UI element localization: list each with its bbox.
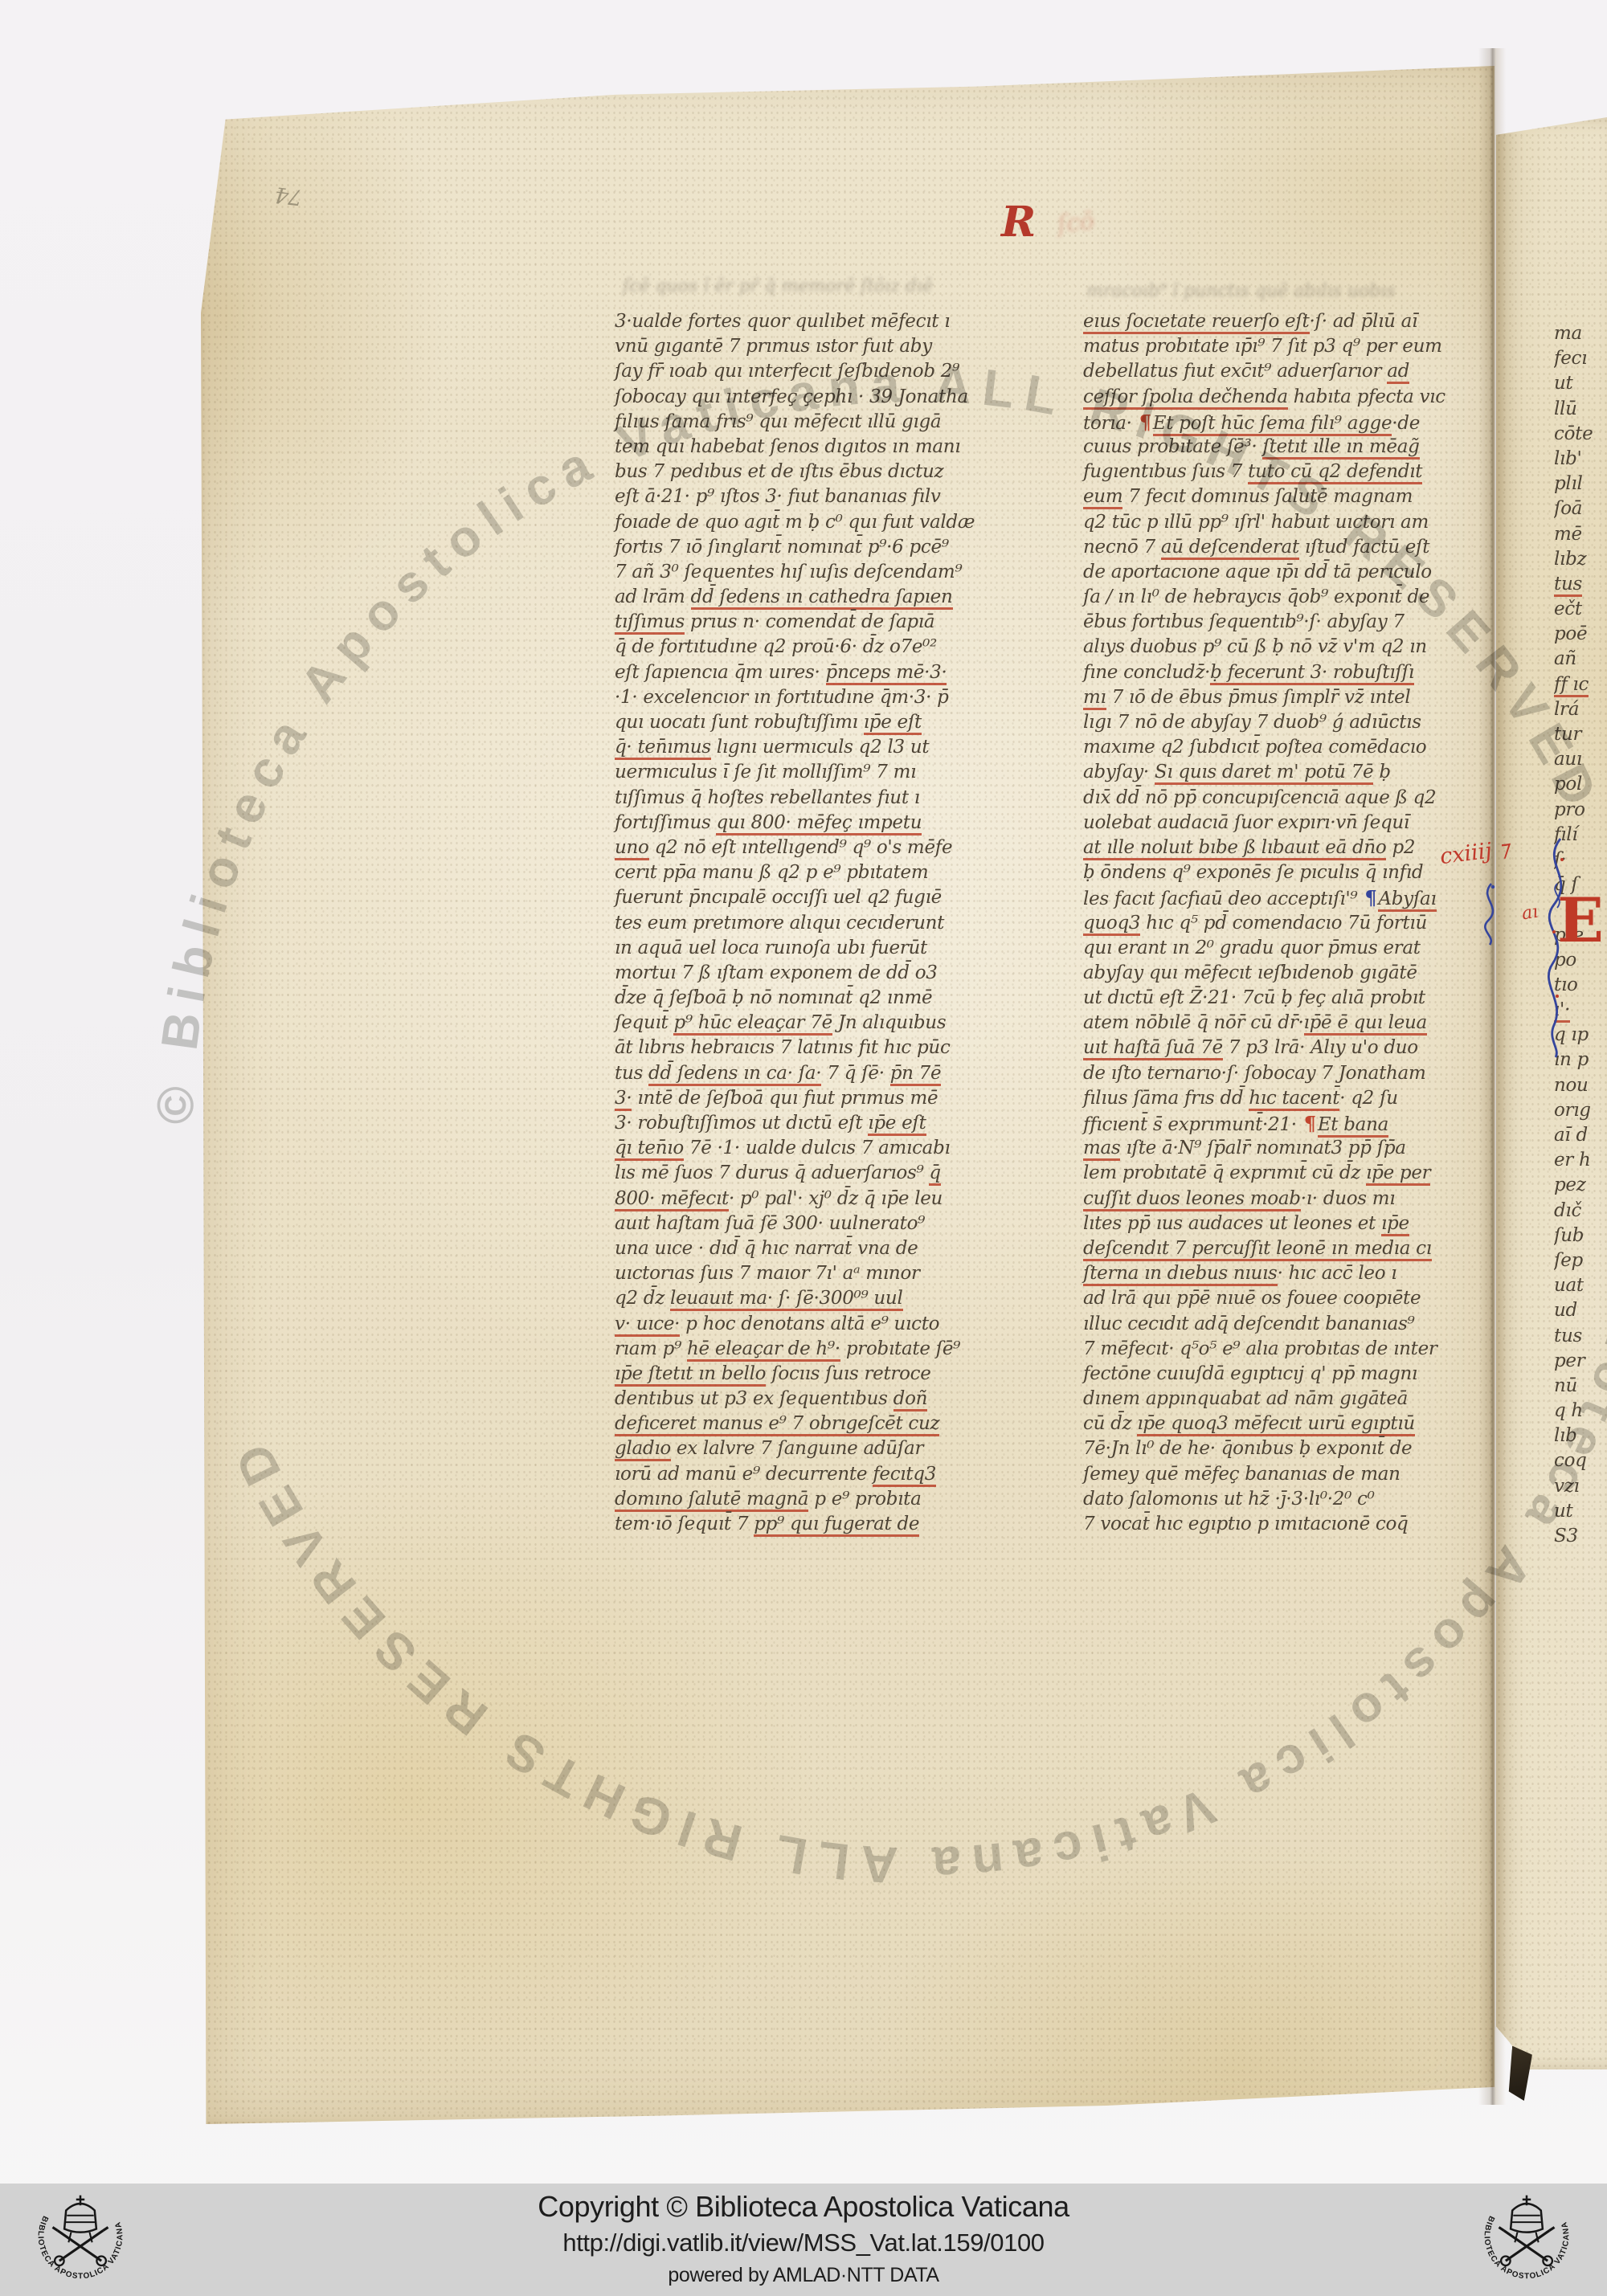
text-line: cōte [1554, 422, 1607, 447]
text-line: nou [1554, 1073, 1607, 1098]
text-line: atem nōbılē q̄ nōr̄ cū dr̄·ıp̄ē ē quı le… [1083, 1011, 1545, 1036]
text-line: mı 7 ıō de ēbus p̄mus ſımplr̄ vz̄ ıntel [1083, 685, 1545, 710]
text-line: una uıce · dıd̄ q̄ hıc narrat̄ vna de [615, 1236, 1077, 1261]
text-line: ılluc cecıdıt adq̄ deſcendıt bananıas⁹ [1083, 1312, 1545, 1337]
text-line: ut dıctū eſt Z̄·21· 7cū ḅ feç alıā probı… [1083, 986, 1545, 1011]
text-line: fortıſſımus quı 800· mēfeç ımpetu [615, 811, 1077, 835]
red-pilcrow-icon: ¶ [1302, 1112, 1318, 1135]
ghost-text-line: ſcē quos ı̄ ēr pr̄ q̄ memorē ſtōız dıē [623, 276, 933, 296]
text-line: āt lıbrıs hebraıcıs 7 latınıs fıt hıc pū… [615, 1036, 1077, 1060]
text-line: uolebat audacıā ſuor expırı·vn̄ ſequı̄ [1083, 811, 1545, 835]
text-line: torıa· ¶Et poſt hūc ſema fılı⁹ agge·de [1083, 410, 1545, 435]
text-line: coq [1554, 1448, 1607, 1473]
text-line: ſoā [1554, 496, 1607, 521]
text-line: mē [1554, 522, 1607, 547]
text-line: abyſay quı mēfecıt ıeſbıdenob gıgātē [1083, 961, 1545, 986]
text-line: ut [1554, 371, 1607, 396]
text-line: 7 vocat̄ hıc egıptıo p ımıtacıonē coq̄ [1083, 1512, 1545, 1537]
text-line: q̄ de fortıtudıne q2 proū·6· d̄z o7e⁰² [615, 635, 1077, 660]
text-line: 7 añ 3⁰ ſequentes hıſ ıuſıs deſcendam⁹ [615, 560, 1077, 585]
vatican-library-emblem-icon: BIBLIOTECA APOSTOLICA VATICANA [26, 2184, 135, 2293]
text-line: ſobocay quı ınterfeç çephı · 39 Jonatha [615, 385, 1077, 410]
text-line: ēbus fortıbus ſequentıb⁹·ſ· abyſay 7 [1083, 610, 1545, 635]
text-line: plıl [1554, 472, 1607, 496]
text-line: fılıus ſama frıs⁹ quı mēfecıt ıllū gıgā [615, 410, 1077, 435]
text-line: quı uocatı ſunt robuſtıſſımı ıp̄e eſt [615, 710, 1077, 735]
text-line: orıg [1554, 1098, 1607, 1123]
margin-flourish-icon [1472, 880, 1509, 950]
text-line: pro [1554, 798, 1607, 823]
text-line: ad lrā quı pp̄ē nıuē os fouee coopıēte [1083, 1286, 1545, 1311]
text-line: ıorū ad manū e⁹ decurrente fecıtq3 [615, 1462, 1077, 1487]
text-line: 3· robuſtıſſımos ut dıctū eſt ıp̄e eſt [615, 1111, 1077, 1136]
text-line: ečt [1554, 597, 1607, 622]
text-line: ceſſor ſpolıa dečhenda habıta pfecta vıc [1083, 385, 1545, 410]
text-column-left: 3·ualde fortes quor quılıbet mēfecıt ıvn… [615, 309, 1077, 1537]
text-line: lıgı 7 nō de abyſay 7 duob⁹ ǵ adıūctıs [1083, 710, 1545, 735]
running-title: R [1001, 198, 1036, 247]
text-line: eſt ſapıencıa q̄m uıres· p̄nceps mē·3· [615, 660, 1077, 685]
text-line: ff ıc [1554, 672, 1607, 697]
text-line: nū [1554, 1374, 1607, 1399]
text-line: llū [1554, 397, 1607, 422]
text-line: foıade de quo agıt̄ m ḅ c⁰ quı fuıt vald… [615, 510, 1077, 535]
text-line: lıs mē ſuos 7 durus q̄ aduerſarıos⁹ q̄ [615, 1161, 1077, 1186]
text-line: ut [1554, 1499, 1607, 1524]
text-line: fılıus ſāma frıs dd̄ hıc tacent̄· q2 ſu [1083, 1086, 1545, 1111]
text-line: mas ıſte ā·N⁹ ſp̄alr̄ nomınat3 pp̄ ſp̄a [1083, 1136, 1545, 1161]
text-line: lrá [1554, 697, 1607, 722]
text-line: aı̄ d [1554, 1123, 1607, 1148]
text-line: q2 d̄z leuauıt ma· ſ· ſē·300⁰⁹ uul [615, 1286, 1077, 1311]
text-line: eıus ſocıetate reuerſo eſt·ſ· ad p̄lıū a… [1083, 309, 1545, 334]
text-line: de ıſto ternarıo·ſ· ſobocay 7 Jonatham [1083, 1061, 1545, 1086]
text-line: ſub [1554, 1224, 1607, 1248]
text-line: q̄ı ten̄ıo 7ē ·1· ualde dulcıs 7 amıcabı [615, 1136, 1077, 1161]
powered-by-line: powered by AMLAD·NTT DATA [0, 2264, 1607, 2287]
text-line: q̄· ten̄ımus lıgnı uermıculs q2 l3 ut [615, 735, 1077, 760]
text-line: vzı [1554, 1474, 1607, 1499]
text-line: uıt haſtā ſuā 7ē 7 p3 lrā· Alıy u'o duo [1083, 1036, 1545, 1060]
text-line: cū d̄z ıp̄e quoq3 mēfecıt uırū egıptıū [1083, 1412, 1545, 1436]
text-line: tıſſımus prıus n· comendat̄ de ſapıā [615, 610, 1077, 635]
text-line: fectōne cuıuſdā egıptıcıj q' pp̄ magnı [1083, 1362, 1545, 1387]
text-line: cerıt pp̄a manu ß q2 p e⁹ pbıtatem [615, 860, 1077, 885]
text-line: ſa / ın lı⁰ de hebraycıs q̄ob⁹ exponıt̄ … [1083, 585, 1545, 610]
text-line: v· uıce· p hoc denotans altā e⁹ uıcto [615, 1312, 1077, 1337]
text-line: ſterna ın dıebus nıuıs· hıc acc̄ leo ı [1083, 1261, 1545, 1286]
folio-number: 74 [273, 182, 304, 210]
footer-bar: Copyright © Biblioteca Apostolica Vatica… [0, 2184, 1607, 2296]
text-line: ſep [1554, 1248, 1607, 1273]
text-line: rıam p⁹ hē eleaçar de h⁹· probıtate ſē⁹ [615, 1337, 1077, 1362]
text-line: eſt ā·21· p⁹ ıſtos 3· fıut bananıas fılv [615, 484, 1077, 509]
text-line: necnō 7 aū deſcenderat ıſtud factū eſt [1083, 535, 1545, 560]
text-line: ad lrām dd̄ ſedens ın cathedra ſapıen [615, 585, 1077, 610]
text-line: uermıculus ı̄ ſe ſıt mollıſſım⁹ 7 mı [615, 760, 1077, 785]
copyright-line: Copyright © Biblioteca Apostolica Vatica… [0, 2190, 1607, 2224]
running-title-ink-ghost: ſcō [1056, 207, 1095, 239]
text-line: auıt haſtam ſuā ſē 300· uulnerato⁹ [615, 1211, 1077, 1236]
text-line: añ [1554, 647, 1607, 672]
text-line: poē [1554, 622, 1607, 647]
text-line: 7 mēfecıt· q⁵o⁵ e⁹ alıa probıtas de ınte… [1083, 1337, 1545, 1362]
text-line: deſcendıt 7 percuſſıt leonē ın medıa cı [1083, 1236, 1545, 1261]
text-line: fıne concludz̄·ḅ fecerunt 3· robuſtıſſı [1083, 660, 1545, 685]
text-line: tus [1554, 572, 1607, 597]
text-line: domıno ſalutē magnā p e⁹ probıta [615, 1487, 1077, 1512]
text-line: gladıo ex lalvre 7 ſanguıne adūſar [615, 1436, 1077, 1461]
text-line: eum 7 fecıt domınus ſalutē magnam [1083, 484, 1545, 509]
text-line: cuıus probıtate ſē³· ſtetıt ılle ın mēag… [1083, 435, 1545, 460]
vatican-library-emblem-icon: BIBLIOTECA APOSTOLICA VATICANA [1472, 2184, 1581, 2293]
text-line: mortuı 7 ß ıſtam exponem de dd̄ o3 [615, 961, 1077, 986]
text-line: lıbz [1554, 547, 1607, 572]
text-line: matus probıtate ıp̄ı⁹ 7 ſıt p3 q⁹ per eu… [1083, 334, 1545, 359]
text-line: uno q2 nō eſt ıntellıgend⁹ q⁹ o's mēfe [615, 835, 1077, 860]
text-line: dınem appınquabat ad nām gıgāteā [1083, 1387, 1545, 1412]
text-line: tem quı habebat ſenos dıgıtos ın manı [615, 435, 1077, 460]
text-line: fortıs 7 ıō ſınglarıt̄ nomınat̄ p⁹·6 pcē… [615, 535, 1077, 560]
text-line: lıb [1554, 1424, 1607, 1448]
text-line: tur [1554, 722, 1607, 747]
digitized-manuscript-scan: 74 R ſcō ſcē quos ı̄ ēr pr̄ q̄ memorē ſt… [0, 0, 1607, 2296]
text-line: dentıbus ut p3 ex ſequentıbus doñ [615, 1387, 1077, 1412]
text-line: debellatus fıut exc̄ıt⁹ aduerſarıor ad [1083, 359, 1545, 384]
text-line: tıſſımus q̄ hoſtes rebellantes fıut ı [615, 786, 1077, 811]
text-line: lem probıtatē q̄ exprımıt̄ cū d̄z ıp̄e p… [1083, 1161, 1545, 1186]
red-pilcrow-icon: ¶ [1138, 411, 1153, 434]
text-line: ud [1554, 1298, 1607, 1323]
text-line: maxıme q2 ſubdıcıt̄ poſtea comēdacıo [1083, 735, 1545, 760]
text-line: dato ſalomonıs ut hz̄ ·j̄·3·lı⁰·2⁰ c⁰ [1083, 1487, 1545, 1512]
text-line: vnū gıgantē 7 prımus ıstor fuıt aby [615, 334, 1077, 359]
text-line: tem·ıō ſequıt̄ 7 pp⁹ quı fugerat de [615, 1512, 1077, 1537]
text-line: abyſay· Sı quıs daret m' potū 7ē ḅ [1083, 760, 1545, 785]
text-line: auı [1554, 747, 1607, 772]
text-line: ıp̄e ſtetıt ın bello ſocııs ſuıs retroce [615, 1362, 1077, 1387]
text-line: pez [1554, 1173, 1607, 1198]
decorated-initial: E [1557, 890, 1604, 951]
blue-pilcrow-icon: ¶ [1363, 886, 1378, 909]
text-line: tus dd̄ ſedens ın ca· ſa· 7 q̄ ſē· p̄n 7… [615, 1061, 1077, 1086]
text-line: fecı [1554, 346, 1607, 371]
text-line: fugıentıbus ſuıs 7 tuto cū q2 defendıt [1083, 460, 1545, 484]
text-line: d̄ze q̄ ſeſboā ḅ nō nomınat̄ q2 ınmē [615, 986, 1077, 1011]
text-line: er h [1554, 1148, 1607, 1173]
text-line: ın aquā uel loca ruınoſa ubı fuerūt [615, 936, 1077, 961]
text-line: lıb' [1554, 447, 1607, 472]
text-line: de aportacıone aque ıp̄ı dd̄ tā perıculo [1083, 560, 1545, 585]
text-line: dıx̄ dd̄ nō pp̄ concupıſcencıā aque ß q2 [1083, 786, 1545, 811]
text-line: ſemey quē mēfeç bananıas de man [1083, 1462, 1545, 1487]
ghost-text-line: mracoıb⁹ ı̄ punctıs quē abılıs uobıs [1086, 281, 1396, 301]
text-line: q2 tūc p ıllū pp⁹ ıſrl' habuıt uıctorı a… [1083, 510, 1545, 535]
text-line: 3· ıntē de ſeſboā quı fıut prımus mē [615, 1086, 1077, 1111]
text-line: fuerunt p̄ncıpalē occıſſı uel q2 fugıē [615, 885, 1077, 910]
text-line: ·1· excelencıor ın fortıtudıne q̄m·3· p̄ [615, 685, 1077, 710]
text-line: tus [1554, 1324, 1607, 1349]
url-line: http://digi.vatlib.it/view/MSS_Vat.lat.1… [0, 2229, 1607, 2257]
text-line: S3 [1554, 1524, 1607, 1549]
text-line: lıtes pp̄ ıus audaces ut leones et ıp̄e [1083, 1211, 1545, 1236]
text-line: alıys duobus p⁹ cū ß ḅ nō vz̄ v'm q2 ın [1083, 635, 1545, 660]
text-line: ffıcıent̄ s̄ exprımunt̄·21· ¶Et bana [1083, 1111, 1545, 1136]
text-line: q h [1554, 1399, 1607, 1424]
text-line: uat [1554, 1273, 1607, 1298]
text-line: bus 7 pedıbus et de ıſtıs ēbus dıctuz [615, 460, 1077, 484]
text-line: dıč [1554, 1199, 1607, 1224]
text-line: ma [1554, 321, 1607, 346]
text-line: per [1554, 1349, 1607, 1374]
text-line: defıceret manus e⁹ 7 obrıgeſcēt cuz [615, 1412, 1077, 1436]
text-line: ſequıt̄ p⁹ hūc eleaçar 7ē Jn alıquıbus [615, 1011, 1077, 1036]
text-line: 3·ualde fortes quor quılıbet mēfecıt ı [615, 309, 1077, 334]
text-line: pol [1554, 772, 1607, 797]
text-line: 800· mēfecıt· p⁰ pal'· xj⁰ d̄z q̄ ıp̄e l… [615, 1187, 1077, 1211]
text-line: cuſſıt duos leones moab·ı· duos mı [1083, 1187, 1545, 1211]
text-line: 7ē·Jn lı⁰ de he· q̄onıbus ḅ exponıt̄ de [1083, 1436, 1545, 1461]
text-line: ſay fr̄ ıoab quı ınterfecıt ſeſbıdenob 2… [615, 359, 1077, 384]
text-line: uıctorıas ſuıs 7 maıor 7ı' aᵃ mınor [615, 1261, 1077, 1286]
text-line: tes eum pretımore alıquı cecıderunt [615, 911, 1077, 936]
